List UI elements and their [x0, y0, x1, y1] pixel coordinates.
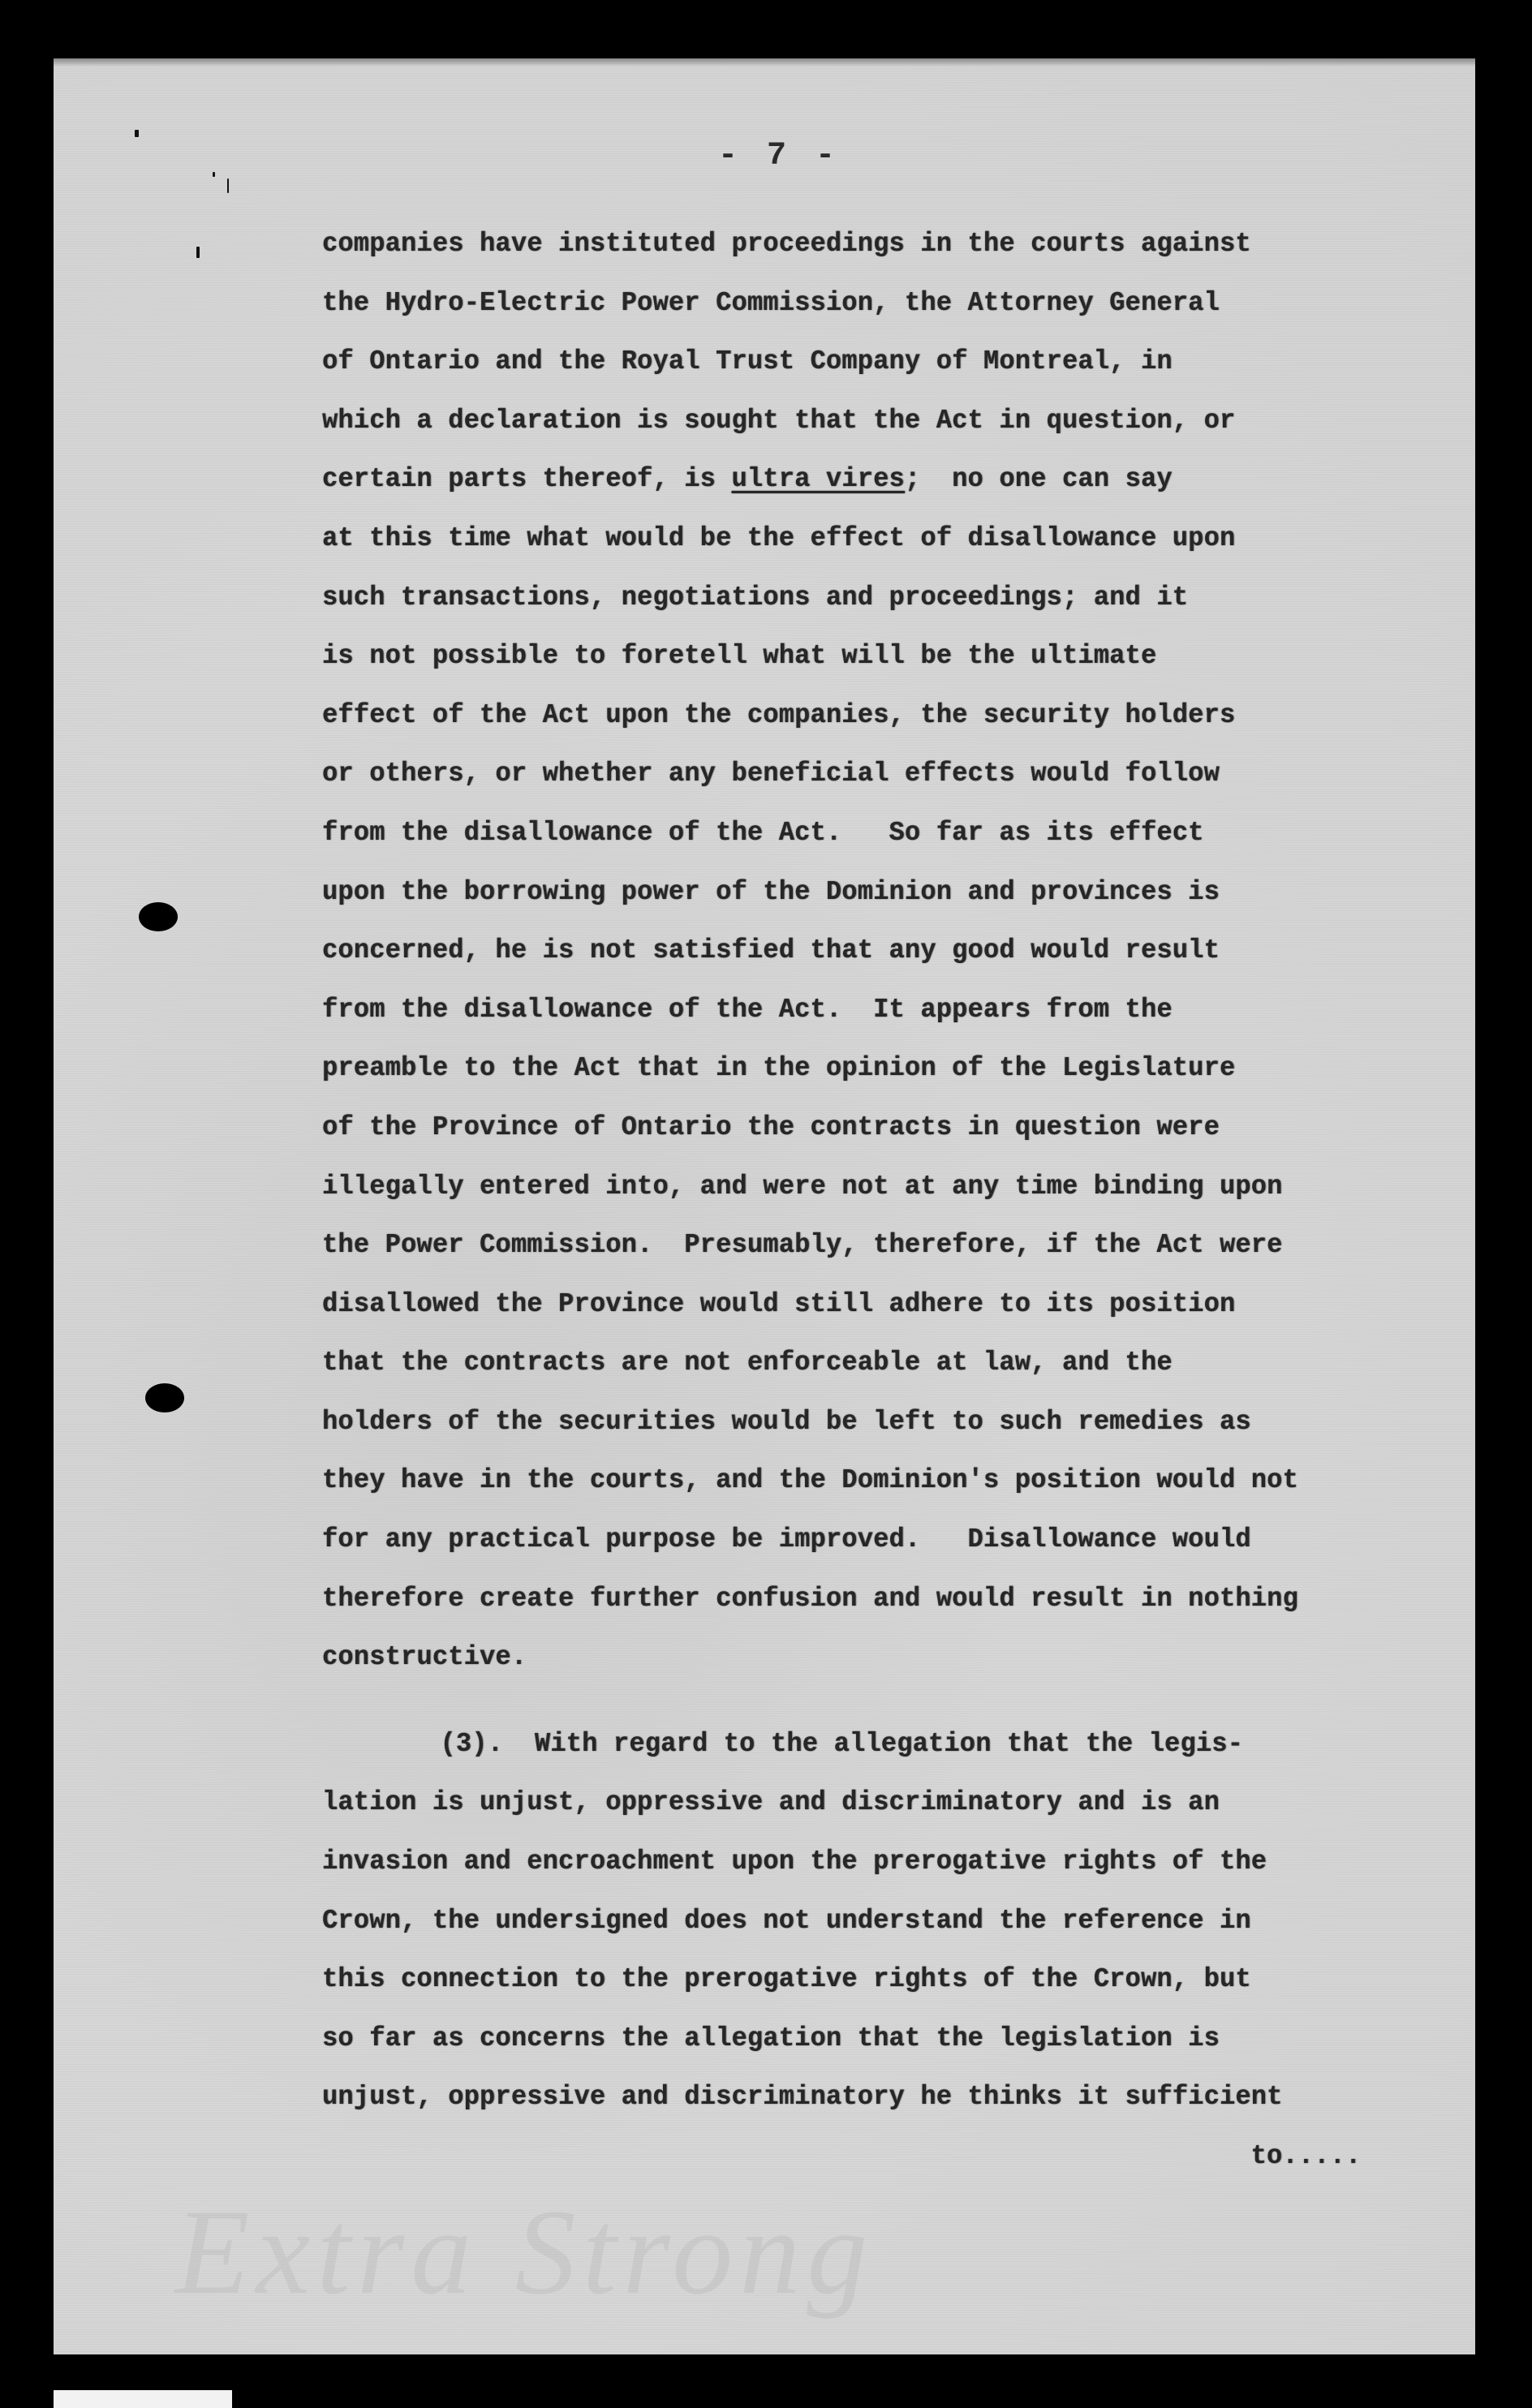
- underlined-latin-phrase: ultra vires: [731, 464, 904, 494]
- paragraph-continuation: companies have instituted proceedings in…: [322, 215, 1474, 1688]
- text-line: such transactions, negotiations and proc…: [322, 569, 1439, 628]
- paper-watermark: Extra Strong: [175, 2182, 874, 2322]
- text-line: concerned, he is not satisfied that any …: [322, 922, 1439, 981]
- page-number: - 7 -: [54, 138, 1475, 174]
- text-line: for any practical purpose be improved. D…: [322, 1511, 1439, 1570]
- text-line: illegally entered into, and were not at …: [322, 1158, 1439, 1217]
- text-line: lation is unjust, oppressive and discrim…: [322, 1774, 1439, 1833]
- text-line: of the Province of Ontario the contracts…: [322, 1099, 1439, 1158]
- text-line: Crown, the undersigned does not understa…: [322, 1892, 1439, 1951]
- punch-hole-lower: [145, 1383, 184, 1413]
- text-line: (3). With regard to the allegation that …: [322, 1715, 1439, 1774]
- text-line: invasion and encroachment upon the prero…: [322, 1833, 1439, 1892]
- text-line: disallowed the Province would still adhe…: [322, 1275, 1439, 1335]
- margin-speck: [196, 247, 200, 258]
- text-line: at this time what would be the effect of…: [322, 510, 1439, 569]
- text-line: from the disallowance of the Act. It app…: [322, 981, 1439, 1040]
- text-segment: certain parts thereof, is: [322, 464, 731, 494]
- text-line: unjust, oppressive and discriminatory he…: [322, 2068, 1439, 2127]
- text-line: certain parts thereof, is ultra vires; n…: [322, 450, 1439, 510]
- text-line: preamble to the Act that in the opinion …: [322, 1039, 1439, 1099]
- text-line: therefore create further confusion and w…: [322, 1570, 1439, 1629]
- text-segment: ; no one can say: [905, 464, 1173, 494]
- paragraph-gap: [322, 1688, 1474, 1715]
- text-line: effect of the Act upon the companies, th…: [322, 686, 1439, 746]
- text-line: the Power Commission. Presumably, theref…: [322, 1216, 1439, 1275]
- text-line: they have in the courts, and the Dominio…: [322, 1451, 1439, 1511]
- text-line: this connection to the prerogative right…: [322, 1950, 1439, 2010]
- text-line: so far as concerns the allegation that t…: [322, 2010, 1439, 2069]
- text-line: the Hydro-Electric Power Commission, the…: [322, 274, 1439, 333]
- text-line: upon the borrowing power of the Dominion…: [322, 863, 1439, 922]
- continuation-catchword: to.....: [322, 2127, 1439, 2187]
- text-line: from the disallowance of the Act. So far…: [322, 804, 1439, 863]
- text-line: companies have instituted proceedings in…: [322, 215, 1439, 274]
- text-line: or others, or whether any beneficial eff…: [322, 745, 1439, 804]
- text-line: is not possible to foretell what will be…: [322, 627, 1439, 686]
- text-line: that the contracts are not enforceable a…: [322, 1334, 1439, 1393]
- punch-hole-upper: [139, 902, 178, 931]
- text-line: constructive.: [322, 1628, 1439, 1688]
- text-line: of Ontario and the Royal Trust Company o…: [322, 333, 1439, 392]
- text-line: holders of the securities would be left …: [322, 1393, 1439, 1452]
- margin-speck: [135, 130, 139, 137]
- text-line: which a declaration is sought that the A…: [322, 392, 1439, 451]
- paper-edge-shadow: [54, 58, 1475, 67]
- paragraph-3: (3). With regard to the allegation that …: [322, 1715, 1474, 2127]
- margin-speck: [227, 178, 229, 193]
- document-body: companies have instituted proceedings in…: [322, 215, 1474, 2187]
- scan-label-strip: [54, 2390, 232, 2408]
